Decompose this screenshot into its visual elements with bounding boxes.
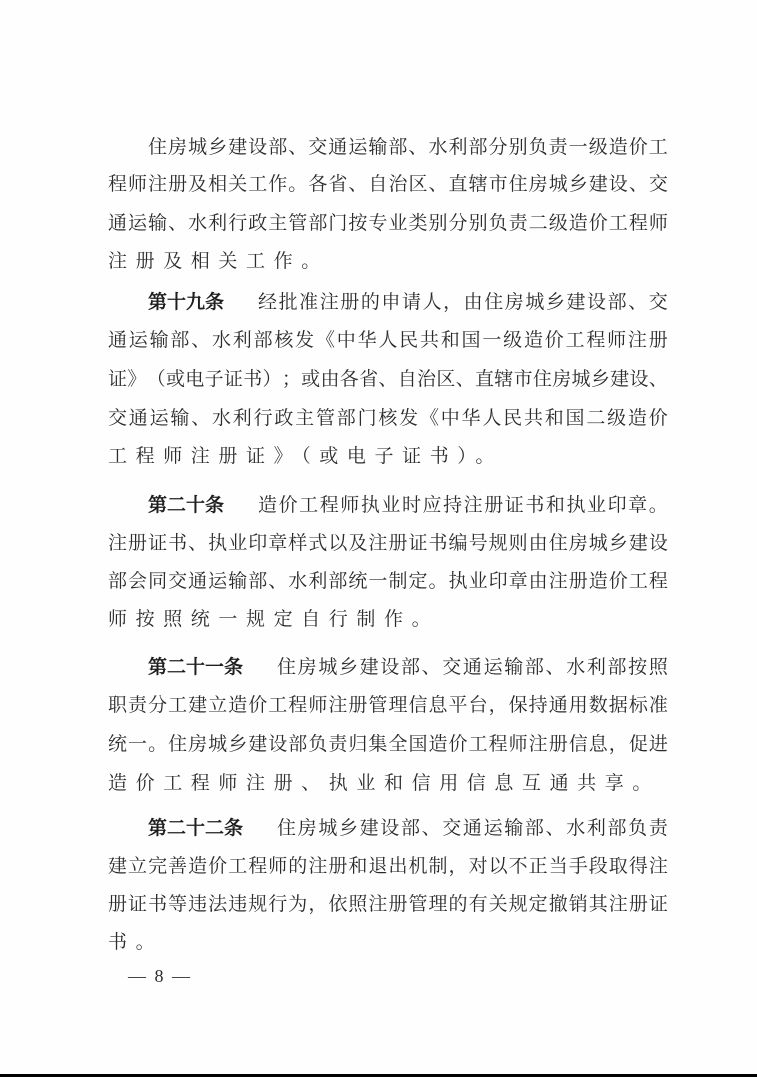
text-line: 师按照统一规定自行制作。	[108, 604, 668, 634]
text-line: 造价工程师注册、执业和信用信息互通共享。	[108, 768, 668, 798]
text-line: 注册及相关工作。	[108, 246, 668, 276]
page-number: — 8 —	[128, 966, 192, 987]
text-line: 书。	[108, 927, 668, 957]
text-line: 部会同交通运输部、水利部统一制定。执业印章由注册造价工程	[108, 566, 668, 596]
article-heading-line: 第二十一条 住房城乡建设部、交通运输部、水利部按照	[148, 652, 668, 682]
article-number: 第十九条	[148, 287, 224, 317]
text-line: 住房城乡建设部、交通运输部、水利部分别负责一级造价工	[148, 132, 668, 162]
text-line: 职责分工建立造价工程师注册管理信息平台，保持通用数据标准	[108, 690, 668, 720]
text-line: 统一。住房城乡建设部负责归集全国造价工程师注册信息，促进	[108, 729, 668, 759]
text-line: 证》（或电子证书）；或由各省、自治区、直辖市住房城乡建设、	[108, 364, 668, 394]
text-line: 程师注册及相关工作。各省、自治区、直辖市住房城乡建设、交	[108, 169, 668, 199]
text-line: 交通运输、水利行政主管部门核发《中华人民共和国二级造价	[108, 403, 668, 433]
article-heading-line: 第二十条 造价工程师执业时应持注册证书和执业印章。	[148, 490, 668, 520]
text-line: 注册证书、执业印章样式以及注册证书编号规则由住房城乡建设	[108, 528, 668, 558]
article-heading-line: 第十九条 经批准注册的申请人，由住房城乡建设部、交	[148, 287, 668, 317]
text-line: 造价工程师执业时应持注册证书和执业印章。	[258, 490, 668, 520]
text-line: 住房城乡建设部、交通运输部、水利部按照	[277, 652, 668, 682]
text-line: 建立完善造价工程师的注册和退出机制，对以不正当手段取得注	[108, 851, 668, 881]
document-page: 住房城乡建设部、交通运输部、水利部分别负责一级造价工 程师注册及相关工作。各省、…	[0, 0, 757, 1077]
text-line: 通运输、水利行政主管部门按专业类别分别负责二级造价工程师	[108, 208, 668, 238]
text-line: 册证书等违法违规行为，依照注册管理的有关规定撤销其注册证	[108, 889, 668, 919]
article-number: 第二十一条	[148, 652, 243, 682]
article-number: 第二十条	[148, 490, 224, 520]
text-line: 住房城乡建设部、交通运输部、水利部负责	[277, 813, 668, 843]
text-line: 工程师注册证》（或电子证书）。	[108, 441, 668, 471]
article-heading-line: 第二十二条 住房城乡建设部、交通运输部、水利部负责	[148, 813, 668, 843]
text-line: 通运输部、水利部核发《中华人民共和国一级造价工程师注册	[108, 325, 668, 355]
article-number: 第二十二条	[148, 813, 243, 843]
text-line: 经批准注册的申请人，由住房城乡建设部、交	[258, 287, 668, 317]
